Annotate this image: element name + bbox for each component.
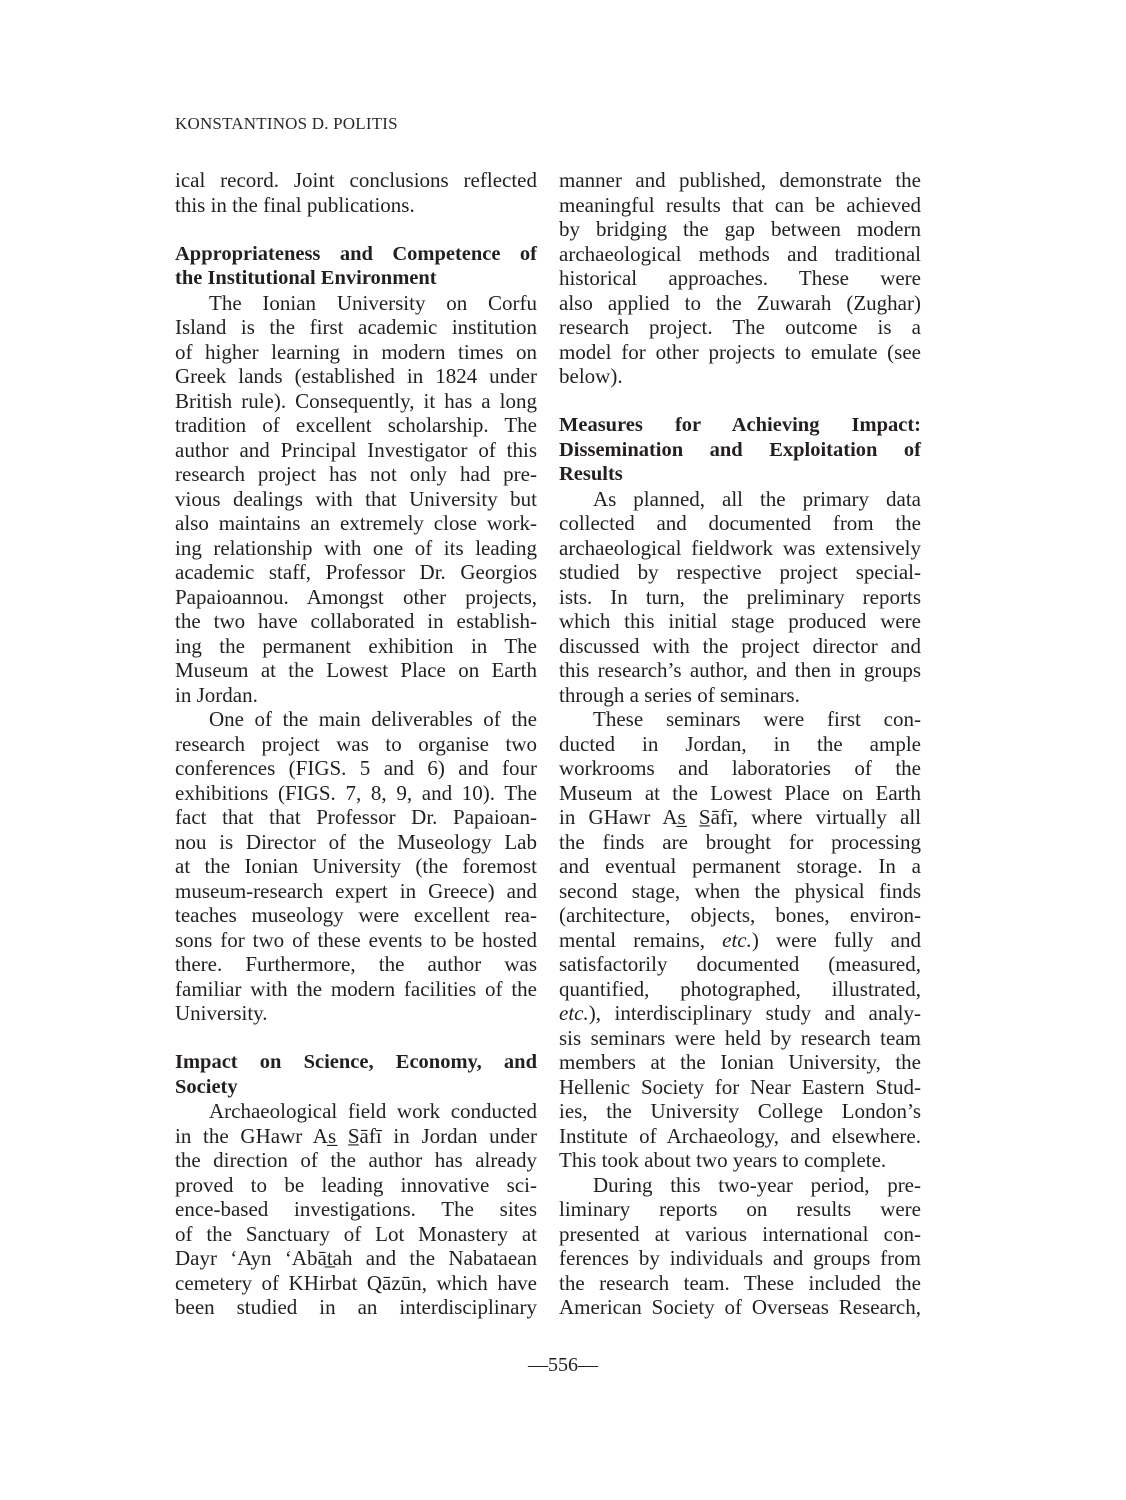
paragraph-ionian-university: The Ionian University on CorfuIsland is … bbox=[175, 291, 537, 708]
left-column: ical record. Joint conclusions reflected… bbox=[175, 168, 537, 1320]
continuation-paragraph: ical record. Joint conclusions reflected… bbox=[175, 168, 537, 217]
text-line: model for other projects to emulate (see bbox=[559, 340, 921, 365]
text-line: During this two-year period, pre- bbox=[559, 1173, 921, 1198]
text-line: ence-based investigations. The sites bbox=[175, 1197, 537, 1222]
text-line: cemetery of KHirbat Qāzūn, which have bbox=[175, 1271, 537, 1296]
text-line: quantified, photographed, illustrated, bbox=[559, 977, 921, 1002]
text-line: nou is Director of the Museology Lab bbox=[175, 830, 537, 855]
text-line: archaeological methods and traditional bbox=[559, 242, 921, 267]
text-line: through a series of seminars. bbox=[559, 683, 921, 708]
text-line: research project was to organise two bbox=[175, 732, 537, 757]
text-line: University. bbox=[175, 1001, 537, 1026]
text-line: been studied in an interdisciplinary bbox=[175, 1295, 537, 1320]
paragraph-as-planned: As planned, all the primary datacollecte… bbox=[559, 487, 921, 708]
text-line: American Society of Overseas Research, bbox=[559, 1295, 921, 1320]
text-line: (architecture, objects, bones, environ- bbox=[559, 903, 921, 928]
text-line: the direction of the author has already bbox=[175, 1148, 537, 1173]
right-column: manner and published, demonstrate themea… bbox=[559, 168, 921, 1320]
text-line: ies, the University College London’s bbox=[559, 1099, 921, 1124]
text-line: research project. The outcome is a bbox=[559, 315, 921, 340]
text-line: The Ionian University on Corfu bbox=[175, 291, 537, 316]
text-line: discussed with the project director and bbox=[559, 634, 921, 659]
text-line: studied by respective project special- bbox=[559, 560, 921, 585]
text-line: Island is the first academic institution bbox=[175, 315, 537, 340]
section-heading-impact: Impact on Science, Economy, andSociety bbox=[175, 1050, 537, 1099]
text-line: also maintains an extremely close work- bbox=[175, 511, 537, 536]
text-line: members at the Ionian University, the bbox=[559, 1050, 921, 1075]
heading-line: Society bbox=[175, 1075, 537, 1100]
text-line: presented at various international con- bbox=[559, 1222, 921, 1247]
heading-line: Results bbox=[559, 462, 921, 487]
text-line: this research’s author, and then in grou… bbox=[559, 658, 921, 683]
page-number: —556— bbox=[0, 1354, 1126, 1377]
text-line: collected and documented from the bbox=[559, 511, 921, 536]
text-line: ical record. Joint conclusions reflected bbox=[175, 168, 537, 193]
text-line: sons for two of these events to be hoste… bbox=[175, 928, 537, 953]
text-line: ing relationship with one of its leading bbox=[175, 536, 537, 561]
continuation-paragraph: manner and published, demonstrate themea… bbox=[559, 168, 921, 389]
text-line: Hellenic Society for Near Eastern Stud- bbox=[559, 1075, 921, 1100]
text-line: ducted in Jordan, in the ample bbox=[559, 732, 921, 757]
text-line: liminary reports on results were bbox=[559, 1197, 921, 1222]
text-line: Papaioannou. Amongst other projects, bbox=[175, 585, 537, 610]
text-line: Museum at the Lowest Place on Earth bbox=[175, 658, 537, 683]
text-line: Archaeological field work conducted bbox=[175, 1099, 537, 1124]
section-heading-institutional-environment: Appropriateness and Competence ofthe Ins… bbox=[175, 242, 537, 291]
heading-line: Impact on Science, Economy, and bbox=[175, 1050, 537, 1075]
text-line: ferences by individuals and groups from bbox=[559, 1246, 921, 1271]
text-line: Institute of Archaeology, and elsewhere. bbox=[559, 1124, 921, 1149]
text-line: meaningful results that can be achieved bbox=[559, 193, 921, 218]
text-line: tradition of excellent scholarship. The bbox=[175, 413, 537, 438]
text-line: also applied to the Zuwarah (Zughar) bbox=[559, 291, 921, 316]
text-line: the finds are brought for processing bbox=[559, 830, 921, 855]
paragraph-deliverables: One of the main deliverables of theresea… bbox=[175, 707, 537, 1026]
paragraph-fieldwork: Archaeological field work conductedin th… bbox=[175, 1099, 537, 1320]
text-line: historical approaches. These were bbox=[559, 266, 921, 291]
text-line: museum-research expert in Greece) and bbox=[175, 879, 537, 904]
text-line: in Jordan. bbox=[175, 683, 537, 708]
text-line: Greek lands (established in 1824 under bbox=[175, 364, 537, 389]
text-line: familiar with the modern facilities of t… bbox=[175, 977, 537, 1002]
text-line: conferences (FIGS. 5 and 6) and four bbox=[175, 756, 537, 781]
text-line: archaeological fieldwork was extensively bbox=[559, 536, 921, 561]
text-line: below). bbox=[559, 364, 921, 389]
text-line: of higher learning in modern times on bbox=[175, 340, 537, 365]
text-line: in GHawr As̲ S̲āfī, where virtually all bbox=[559, 805, 921, 830]
text-line: vious dealings with that University but bbox=[175, 487, 537, 512]
text-line: etc.), interdisciplinary study and analy… bbox=[559, 1001, 921, 1026]
text-line: in the GHawr As̲ S̲āfī in Jordan under bbox=[175, 1124, 537, 1149]
text-line: at the Ionian University (the foremost bbox=[175, 854, 537, 879]
text-line: This took about two years to complete. bbox=[559, 1148, 921, 1173]
text-line: One of the main deliverables of the bbox=[175, 707, 537, 732]
text-line: by bridging the gap between modern bbox=[559, 217, 921, 242]
text-line: satisfactorily documented (measured, bbox=[559, 952, 921, 977]
text-line: Dayr ‘Ayn ‘Abāt̲ah and the Nabataean bbox=[175, 1246, 537, 1271]
text-line: exhibitions (FIGS. 7, 8, 9, and 10). The bbox=[175, 781, 537, 806]
paragraph-two-year-period: During this two-year period, pre-liminar… bbox=[559, 1173, 921, 1320]
text-line: which this initial stage produced were bbox=[559, 609, 921, 634]
heading-line: Dissemination and Exploitation of bbox=[559, 438, 921, 463]
text-line: the two have collaborated in establish- bbox=[175, 609, 537, 634]
text-line: there. Furthermore, the author was bbox=[175, 952, 537, 977]
text-line: British rule). Consequently, it has a lo… bbox=[175, 389, 537, 414]
text-line: research project has not only had pre- bbox=[175, 462, 537, 487]
heading-line: Measures for Achieving Impact: bbox=[559, 413, 921, 438]
text-line: manner and published, demonstrate the bbox=[559, 168, 921, 193]
text-line: this in the final publications. bbox=[175, 193, 537, 218]
section-heading-dissemination: Measures for Achieving Impact:Disseminat… bbox=[559, 413, 921, 487]
heading-line: the Institutional Environment bbox=[175, 266, 537, 291]
text-line: fact that that Professor Dr. Papaioan- bbox=[175, 805, 537, 830]
text-line: academic staff, Professor Dr. Georgios bbox=[175, 560, 537, 585]
text-line: second stage, when the physical finds bbox=[559, 879, 921, 904]
paragraph-seminars: These seminars were first con-ducted in … bbox=[559, 707, 921, 1173]
text-line: workrooms and laboratories of the bbox=[559, 756, 921, 781]
heading-line: Appropriateness and Competence of bbox=[175, 242, 537, 267]
text-line: mental remains, etc.) were fully and bbox=[559, 928, 921, 953]
running-head: KONSTANTINOS D. POLITIS bbox=[175, 114, 398, 134]
text-line: ists. In turn, the preliminary reports bbox=[559, 585, 921, 610]
text-line: sis seminars were held by research team bbox=[559, 1026, 921, 1051]
text-line: and eventual permanent storage. In a bbox=[559, 854, 921, 879]
text-line: proved to be leading innovative sci- bbox=[175, 1173, 537, 1198]
text-line: teaches museology were excellent rea- bbox=[175, 903, 537, 928]
text-line: As planned, all the primary data bbox=[559, 487, 921, 512]
text-line: author and Principal Investigator of thi… bbox=[175, 438, 537, 463]
text-line: ing the permanent exhibition in The bbox=[175, 634, 537, 659]
text-line: These seminars were first con- bbox=[559, 707, 921, 732]
text-line: the research team. These included the bbox=[559, 1271, 921, 1296]
text-line: Museum at the Lowest Place on Earth bbox=[559, 781, 921, 806]
text-line: of the Sanctuary of Lot Monastery at bbox=[175, 1222, 537, 1247]
